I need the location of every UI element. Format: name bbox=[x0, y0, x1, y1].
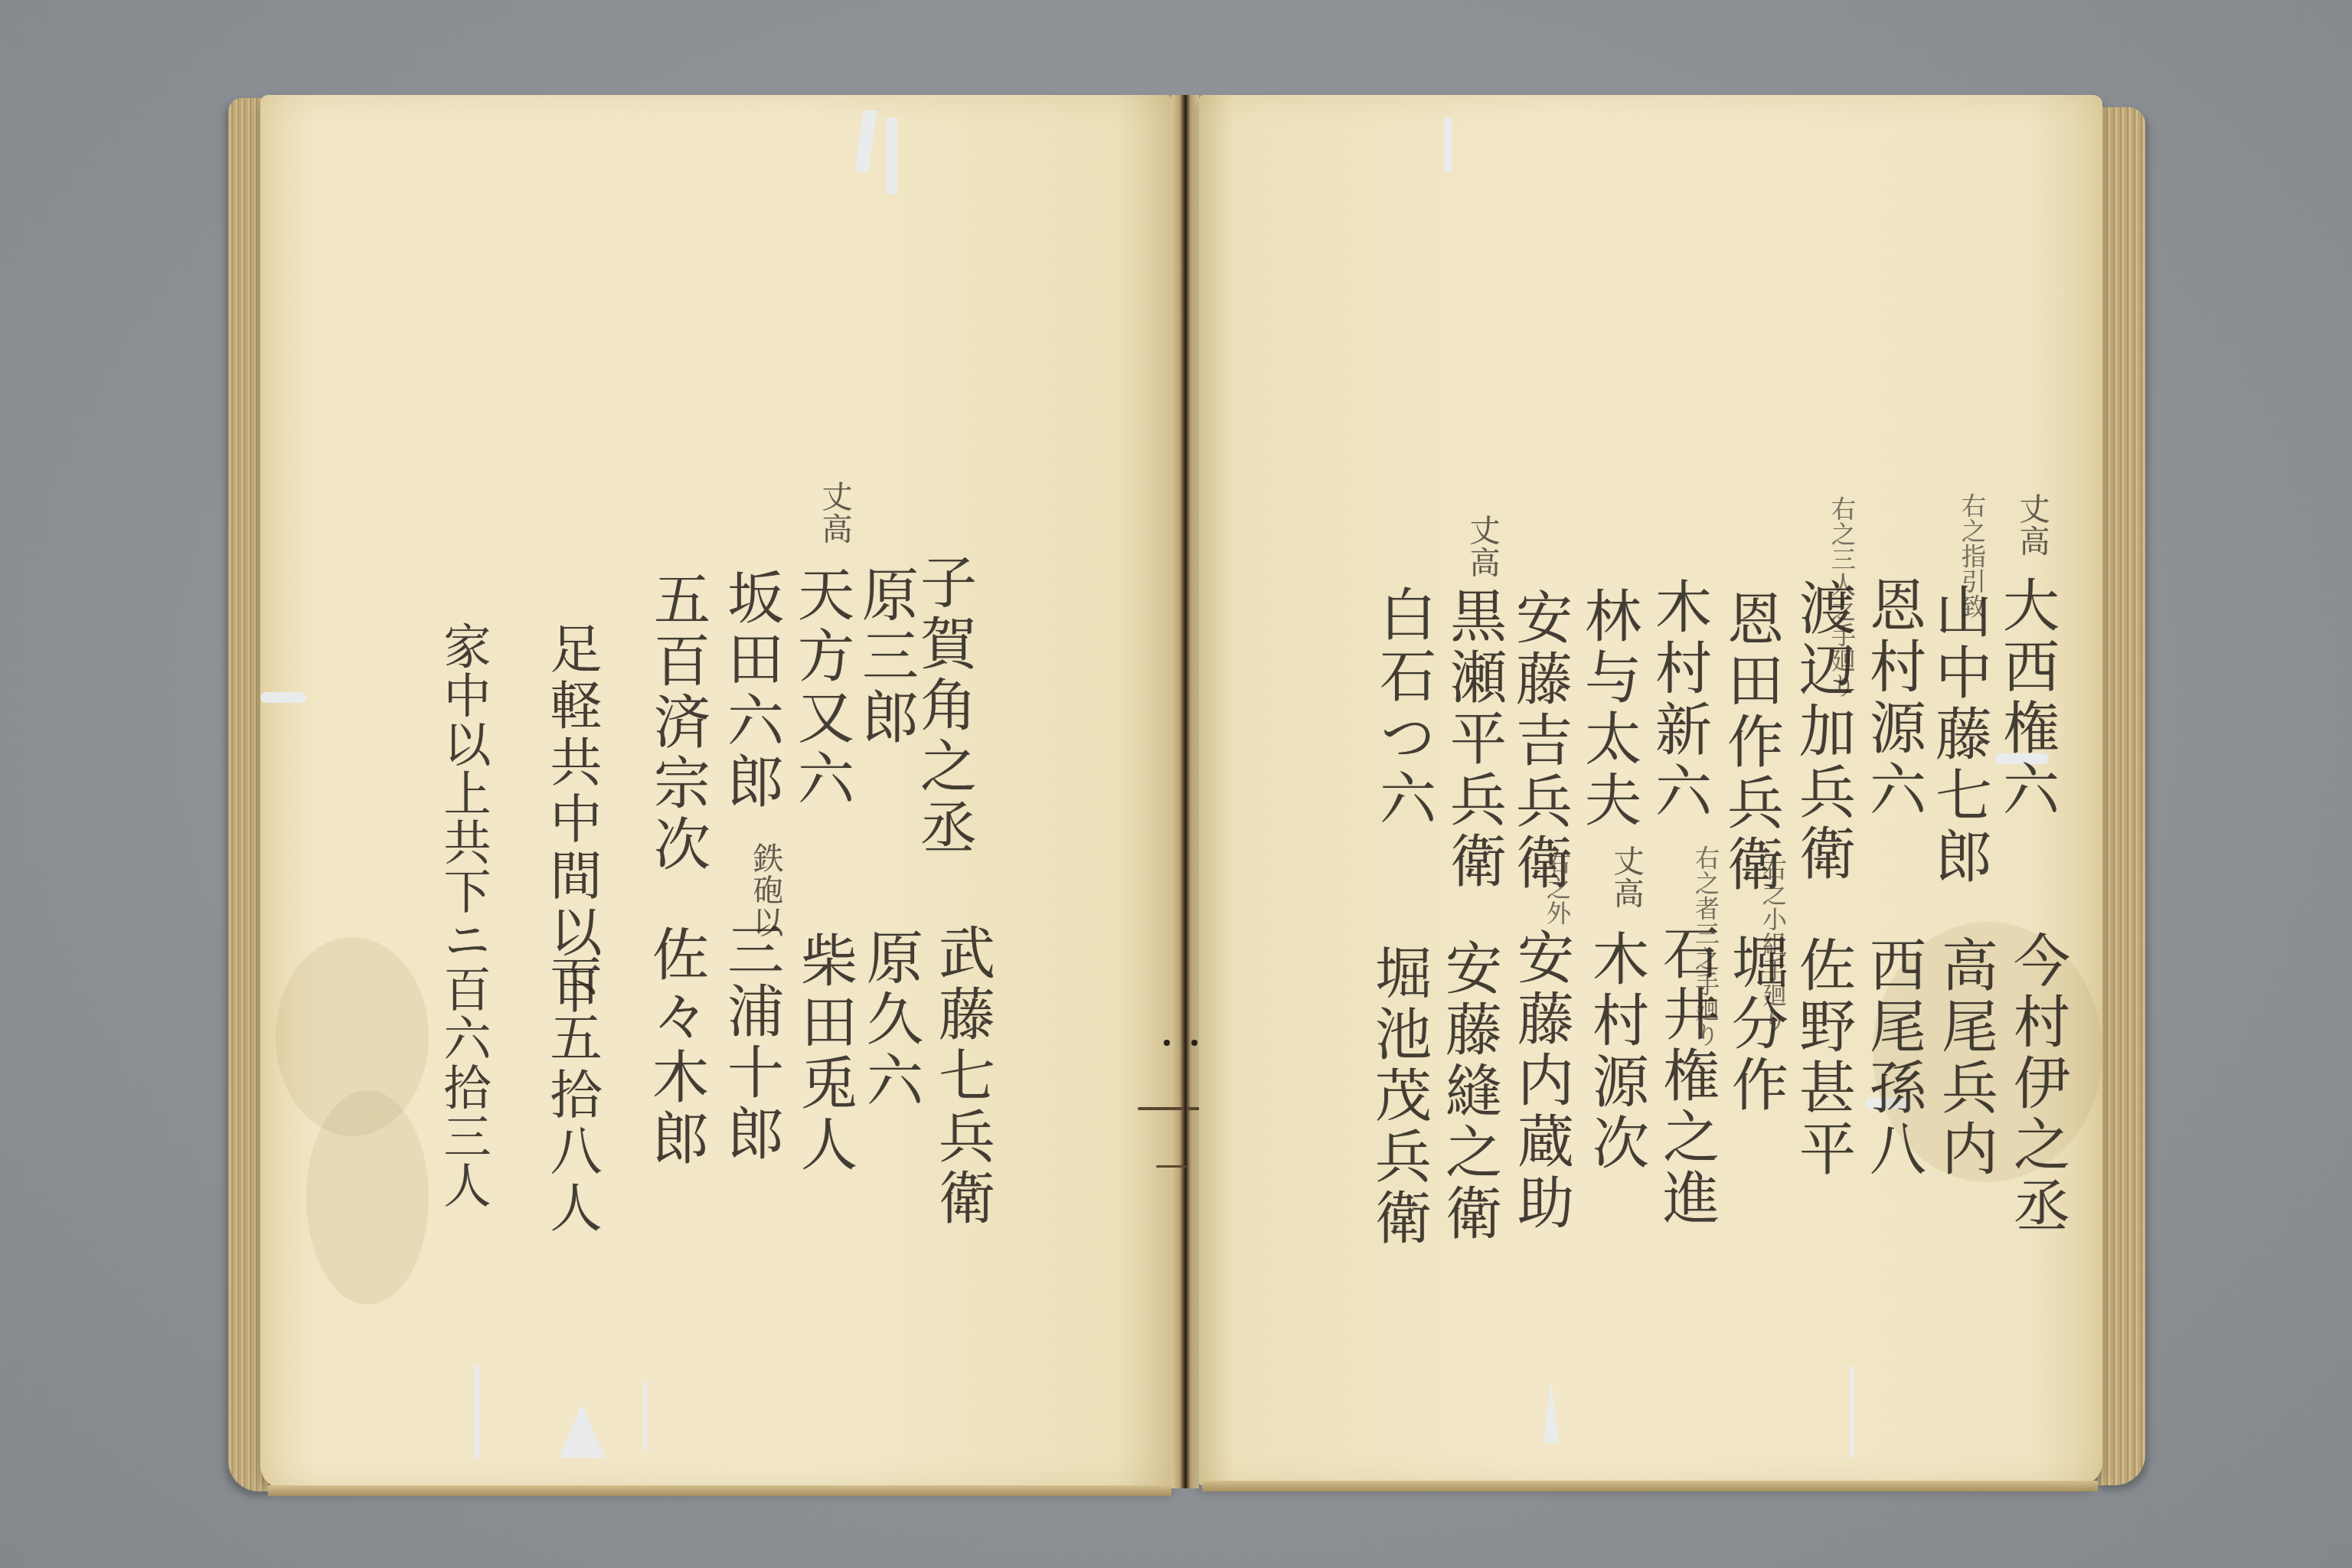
text-column: 佐野甚平 bbox=[1795, 936, 1851, 1181]
tear-mark bbox=[1850, 1366, 1854, 1458]
text-column: 三浦十郎 bbox=[723, 920, 779, 1165]
text-column: 山中藤七郎 bbox=[1931, 582, 1988, 888]
right-fore-edge bbox=[2098, 107, 2145, 1485]
tear-mark bbox=[643, 1381, 647, 1450]
text-column: 恩田作兵衛 bbox=[1723, 590, 1779, 896]
text-column: 西尾孫八 bbox=[1865, 936, 1922, 1181]
text-column: 原三郎 bbox=[857, 565, 914, 749]
text-column: 武藤七兵衛 bbox=[934, 923, 991, 1230]
annotation: 丈高 bbox=[819, 481, 850, 545]
right-bottom-edge bbox=[1202, 1481, 2098, 1491]
text-column: 渡辺加兵衛 bbox=[1795, 579, 1851, 885]
text-column: 林与太夫 bbox=[1580, 586, 1637, 831]
tear-mark bbox=[475, 1366, 479, 1458]
binding-thread bbox=[1138, 1107, 1184, 1110]
text-column: 黒瀬平兵衛 bbox=[1445, 586, 1502, 893]
binding-thread bbox=[1156, 1165, 1187, 1168]
text-column: 百五拾八人 bbox=[545, 954, 597, 1237]
text-column: 子賀角之丞 bbox=[916, 553, 972, 859]
open-book: 子賀角之丞 丈高 原三郎 天方又六 坂田六郎 五百済宗次 武藤七兵衛 原久六 柴… bbox=[0, 0, 2352, 1568]
text-column: 安藤内蔵助 bbox=[1513, 928, 1570, 1234]
tear-mark bbox=[887, 118, 897, 194]
text-column: 原久六 bbox=[862, 928, 919, 1112]
text-column: 佐々木郎 bbox=[648, 925, 704, 1170]
text-column: 恩村源六 bbox=[1865, 576, 1922, 821]
binding-hole bbox=[1164, 1040, 1170, 1046]
tear-mark bbox=[559, 1404, 605, 1458]
text-column: 安藤縫之衛 bbox=[1441, 939, 1498, 1245]
text-column: 五百済宗次 bbox=[649, 570, 706, 876]
text-column: 大西権六 bbox=[1998, 576, 2055, 821]
annotation: 丈高 bbox=[1611, 845, 1641, 910]
tear-mark bbox=[1543, 1381, 1559, 1442]
tear-mark bbox=[854, 110, 877, 171]
text-column: 家中以上共下ニ百六拾三人 bbox=[439, 622, 487, 1210]
water-stain bbox=[306, 1090, 429, 1305]
annotation: 右之外 bbox=[1545, 850, 1570, 926]
text-column: 天方又六 bbox=[793, 565, 850, 810]
text-column: 堀分作 bbox=[1727, 933, 1784, 1116]
text-column: 高尾兵内 bbox=[1937, 936, 1994, 1181]
text-column: 坂田六郎 bbox=[723, 568, 779, 813]
text-column: 白石つ六 bbox=[1375, 585, 1432, 830]
text-column: 木村新六 bbox=[1651, 577, 1707, 822]
left-bottom-edge bbox=[268, 1485, 1171, 1496]
text-column: 木村源次 bbox=[1588, 929, 1645, 1174]
text-column: 柴田兎人 bbox=[796, 931, 853, 1176]
text-column: 今村伊之丞 bbox=[2009, 931, 2066, 1237]
text-column: 石井権之進 bbox=[1658, 923, 1715, 1230]
text-column: 安藤吉兵衛 bbox=[1511, 588, 1568, 894]
annotation: 丈高 bbox=[1467, 514, 1498, 579]
text-column: 堀池茂兵衛 bbox=[1370, 943, 1427, 1249]
annotation: 丈高 bbox=[2017, 493, 2047, 557]
left-page bbox=[260, 95, 1171, 1488]
tear-mark bbox=[1444, 118, 1452, 171]
tear-mark bbox=[260, 692, 306, 703]
binding-hole bbox=[1191, 1040, 1197, 1046]
spine-gutter bbox=[1171, 95, 1199, 1488]
